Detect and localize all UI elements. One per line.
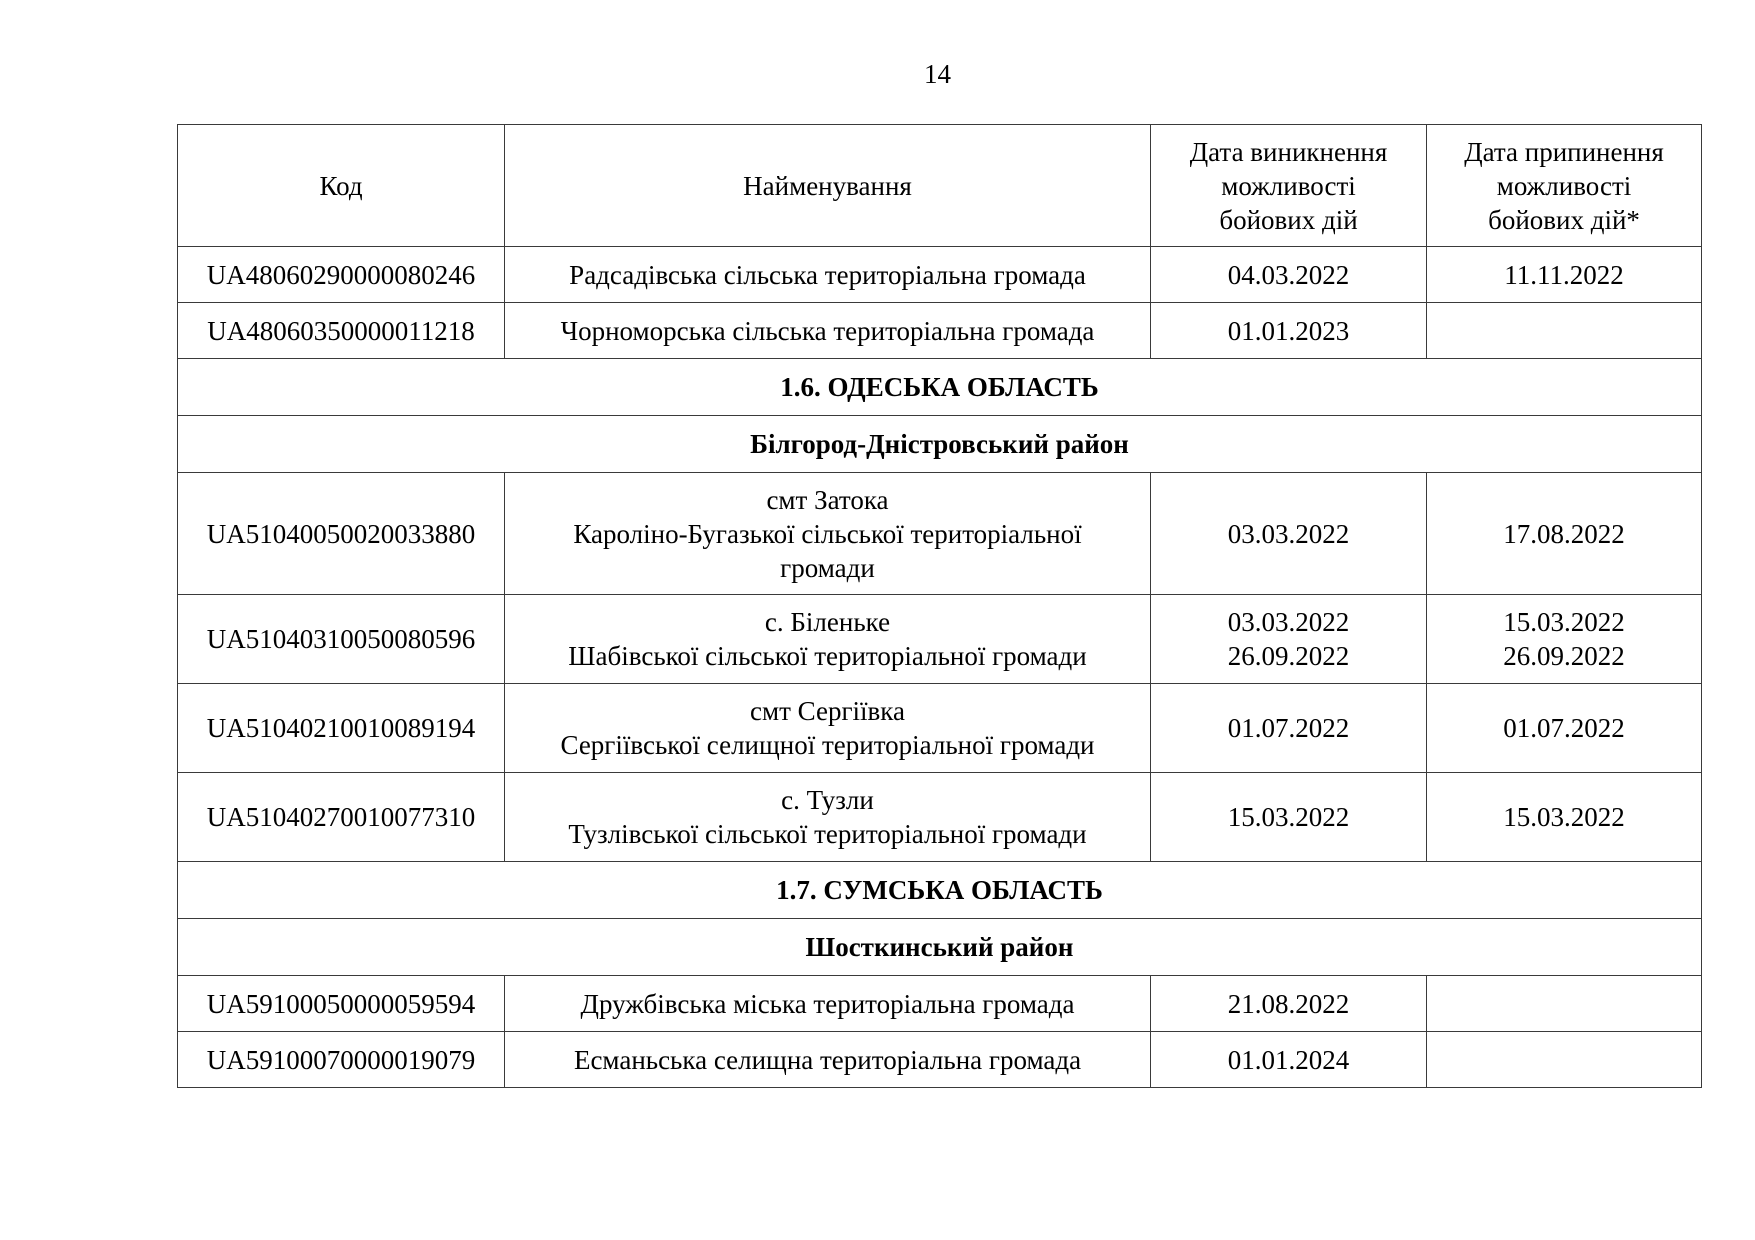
- header-start-date: Дата виникнення можливості бойових дій: [1151, 125, 1427, 247]
- table-row: UA59100070000019079 Есманьська селищна т…: [178, 1032, 1702, 1088]
- start-date-cell: 01.07.2022: [1151, 684, 1427, 773]
- header-end-date: Дата припинення можливості бойових дій*: [1427, 125, 1702, 247]
- code-cell: UA59100070000019079: [178, 1032, 505, 1088]
- end-date-cell: 15.03.2022: [1427, 773, 1702, 862]
- end-date-cell: 15.03.2022 26.09.2022: [1427, 595, 1702, 684]
- name-cell: Есманьська селищна територіальна громада: [505, 1032, 1151, 1088]
- region-title: 1.7. СУМСЬКА ОБЛАСТЬ: [178, 862, 1702, 919]
- table-header-row: Код Найменування Дата виникнення можливо…: [178, 125, 1702, 247]
- start-date-cell: 01.01.2024: [1151, 1032, 1427, 1088]
- end-date-cell: 17.08.2022: [1427, 473, 1702, 595]
- name-cell: Радсадівська сільська територіальна гром…: [505, 247, 1151, 303]
- table-row: UA59100050000059594 Дружбівська міська т…: [178, 976, 1702, 1032]
- code-cell: UA59100050000059594: [178, 976, 505, 1032]
- start-date-cell: 04.03.2022: [1151, 247, 1427, 303]
- code-cell: UA51040210010089194: [178, 684, 505, 773]
- code-cell: UA51040050020033880: [178, 473, 505, 595]
- name-cell: смт Сергіївка Сергіївської селищної тери…: [505, 684, 1151, 773]
- table-row: UA48060290000080246 Радсадівська сільськ…: [178, 247, 1702, 303]
- table-row: UA51040270010077310 с. Тузли Тузлівської…: [178, 773, 1702, 862]
- table-row: UA51040310050080596 с. Біленьке Шабівськ…: [178, 595, 1702, 684]
- page-number: 14: [0, 58, 1755, 90]
- code-cell: UA48060350000011218: [178, 303, 505, 359]
- start-date-cell: 03.03.2022 26.09.2022: [1151, 595, 1427, 684]
- table-row: UA51040210010089194 смт Сергіївка Сергії…: [178, 684, 1702, 773]
- name-cell: Чорноморська сільська територіальна гром…: [505, 303, 1151, 359]
- start-date-cell: 15.03.2022: [1151, 773, 1427, 862]
- header-name: Найменування: [505, 125, 1151, 247]
- name-cell: с. Тузли Тузлівської сільської територіа…: [505, 773, 1151, 862]
- name-cell: Дружбівська міська територіальна громада: [505, 976, 1151, 1032]
- start-date-cell: 01.01.2023: [1151, 303, 1427, 359]
- name-cell: с. Біленьке Шабівської сільської територ…: [505, 595, 1151, 684]
- header-code: Код: [178, 125, 505, 247]
- name-cell: смт Затока Кароліно-Бугазької сільської …: [505, 473, 1151, 595]
- code-cell: UA48060290000080246: [178, 247, 505, 303]
- district-header-row: Білгород-Дністровський район: [178, 416, 1702, 473]
- code-cell: UA51040270010077310: [178, 773, 505, 862]
- end-date-cell: [1427, 303, 1702, 359]
- end-date-cell: [1427, 976, 1702, 1032]
- end-date-cell: [1427, 1032, 1702, 1088]
- district-header-row: Шосткинський район: [178, 919, 1702, 976]
- region-header-row: 1.7. СУМСЬКА ОБЛАСТЬ: [178, 862, 1702, 919]
- region-title: 1.6. ОДЕСЬКА ОБЛАСТЬ: [178, 359, 1702, 416]
- start-date-cell: 21.08.2022: [1151, 976, 1427, 1032]
- code-cell: UA51040310050080596: [178, 595, 505, 684]
- end-date-cell: 11.11.2022: [1427, 247, 1702, 303]
- region-header-row: 1.6. ОДЕСЬКА ОБЛАСТЬ: [178, 359, 1702, 416]
- start-date-cell: 03.03.2022: [1151, 473, 1427, 595]
- combat-territories-table: Код Найменування Дата виникнення можливо…: [177, 124, 1702, 1088]
- table-row: UA48060350000011218 Чорноморська сільськ…: [178, 303, 1702, 359]
- end-date-cell: 01.07.2022: [1427, 684, 1702, 773]
- district-title: Білгород-Дністровський район: [178, 416, 1702, 473]
- district-title: Шосткинський район: [178, 919, 1702, 976]
- table-row: UA51040050020033880 смт Затока Кароліно-…: [178, 473, 1702, 595]
